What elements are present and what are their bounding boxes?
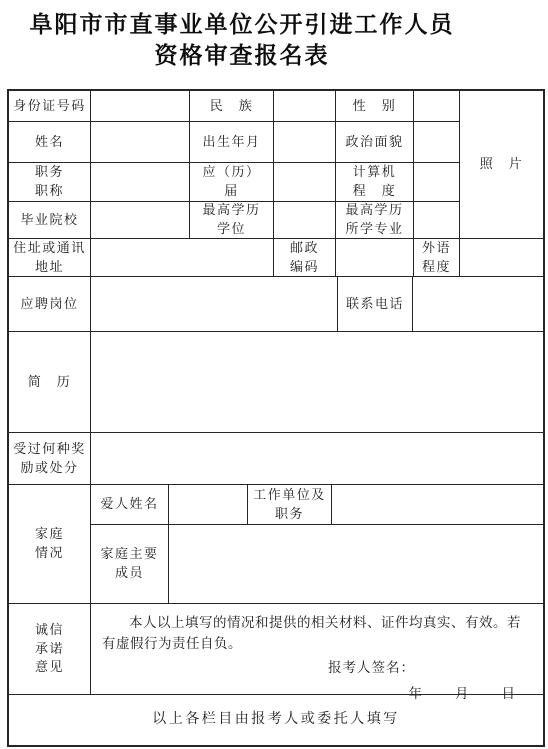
grad-type-label: 应（历） 届 (190, 163, 274, 202)
footer-note: 以上各栏目由报考人或委托人填写 (9, 695, 543, 745)
id-number-label: 身份证号码 (9, 91, 91, 122)
resume-value-cell (91, 332, 543, 433)
address-value-cell (91, 239, 274, 277)
family-section-label: 家庭 情况 (9, 485, 91, 604)
duty-title-label: 职务 职称 (9, 163, 91, 202)
name-label: 姓名 (9, 122, 91, 163)
ethnicity-value-cell (274, 91, 336, 122)
major-label: 最高学历 所学专业 (336, 202, 414, 239)
position-applied-value-cell (91, 277, 338, 332)
school-label: 毕业院校 (9, 202, 91, 239)
integrity-statement-text: 本人以上填写的情况和提供的相关材料、证件均真实、有效。若有虚假行为责任自负。 (102, 612, 533, 654)
id-number-value-cell (91, 91, 190, 122)
awards-punishments-label: 受过何种奖 励或处分 (9, 433, 91, 485)
school-value-cell (91, 202, 190, 239)
postal-code-label: 邮政 编码 (274, 239, 336, 277)
spouse-name-value-cell (169, 485, 248, 525)
spouse-name-label: 爱人姓名 (91, 485, 169, 525)
political-status-value-cell (414, 122, 460, 163)
awards-punishments-value-cell (91, 433, 543, 485)
form-title-line2: 资格审查报名表 (6, 40, 478, 71)
computer-skill-value-cell (414, 163, 460, 202)
spouse-workunit-label: 工作单位及 职务 (248, 485, 332, 525)
family-members-label: 家庭主要 成员 (91, 525, 169, 604)
major-value-cell (414, 202, 460, 239)
form-title: 阜阳市市直事业单位公开引进工作人员 资格审查报名表 (6, 9, 478, 71)
position-applied-label: 应聘岗位 (9, 277, 91, 332)
foreign-language-label: 外语 程度 (414, 239, 460, 277)
political-status-label: 政治面貌 (336, 122, 414, 163)
spouse-workunit-value-cell (332, 485, 543, 525)
photo-cell: 照 片 (460, 91, 543, 239)
gender-value-cell (414, 91, 460, 122)
computer-skill-label: 计算机 程 度 (336, 163, 414, 202)
birth-date-value-cell (274, 122, 336, 163)
name-value-cell (91, 122, 190, 163)
form-title-line1: 阜阳市市直事业单位公开引进工作人员 (6, 9, 478, 40)
grad-type-value-cell (274, 163, 336, 202)
duty-title-value-cell (91, 163, 190, 202)
address-label: 住址或通讯 地址 (9, 239, 91, 277)
resume-label: 简 历 (9, 332, 91, 433)
contact-phone-label: 联系电话 (338, 277, 413, 332)
ethnicity-label: 民 族 (190, 91, 274, 122)
gender-label: 性 别 (336, 91, 414, 122)
postal-code-value-cell (336, 239, 414, 277)
integrity-statement-cell: 本人以上填写的情况和提供的相关材料、证件均真实、有效。若有虚假行为责任自负。 报… (91, 604, 543, 695)
integrity-section-label: 诚信 承诺 意见 (9, 604, 91, 695)
degree-label: 最高学历 学位 (190, 202, 274, 239)
applicant-signature-label: 报考人签名： (328, 658, 533, 678)
registration-form-table: 身份证号码 民 族 性 别 姓名 出生年月 政治面貌 职务 职称 应（历） 届 … (7, 89, 545, 747)
birth-date-label: 出生年月 (190, 122, 274, 163)
foreign-language-value-cell (460, 239, 543, 277)
degree-value-cell (274, 202, 336, 239)
contact-phone-value-cell (413, 277, 543, 332)
family-members-value-cell (169, 525, 543, 604)
